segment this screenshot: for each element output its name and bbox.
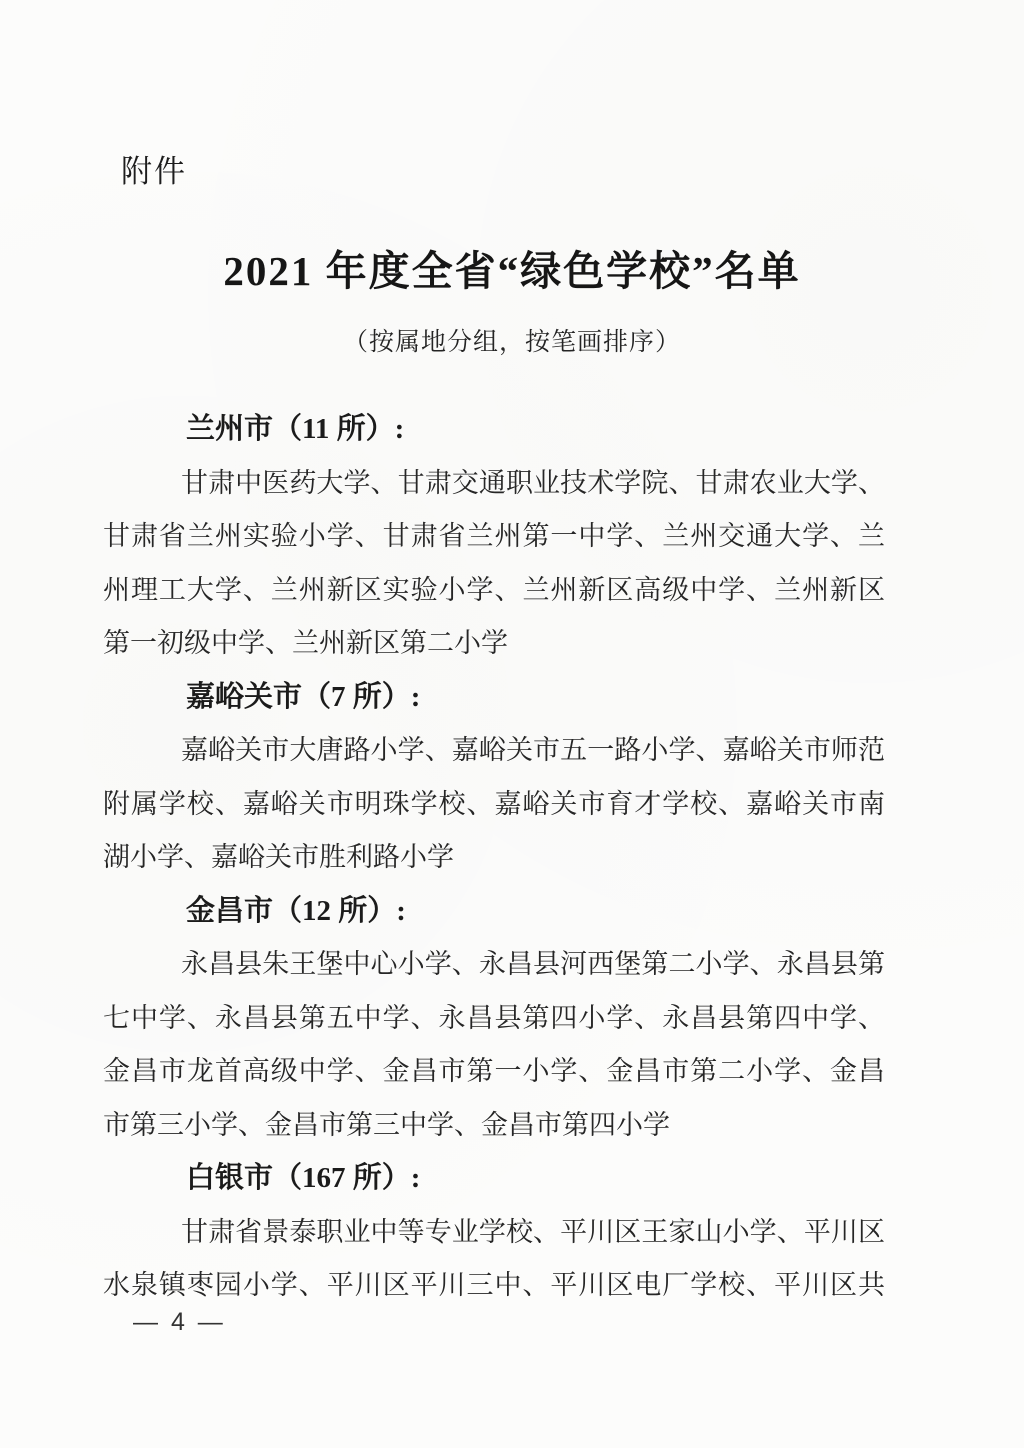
attachment-label: 附件 — [121, 146, 187, 191]
body-line: 甘肃中医药大学、甘肃交通职业技术学院、甘肃农业大学、 — [103, 457, 885, 511]
section-heading: 嘉峪关市（7 所）: — [103, 671, 885, 725]
body-line: 第一初级中学、兰州新区第二小学 — [103, 617, 885, 671]
body-line: 嘉峪关市大唐路小学、嘉峪关市五一路小学、嘉峪关市师范 — [103, 724, 885, 778]
body-line: 附属学校、嘉峪关市明珠学校、嘉峪关市育才学校、嘉峪关市南 — [103, 778, 885, 832]
section-heading: 兰州市（11 所）: — [103, 403, 885, 457]
body-line: 州理工大学、兰州新区实验小学、兰州新区高级中学、兰州新区 — [103, 564, 885, 618]
body-line: 甘肃省兰州实验小学、甘肃省兰州第一中学、兰州交通大学、兰 — [103, 510, 885, 564]
body-line: 永昌县朱王堡中心小学、永昌县河西堡第二小学、永昌县第 — [103, 938, 885, 992]
page-title: 2021 年度全省“绿色学校”名单 — [0, 238, 1024, 297]
section-heading: 白银市（167 所）: — [103, 1152, 885, 1206]
body-line: 金昌市龙首高级中学、金昌市第一小学、金昌市第二小学、金昌 — [103, 1045, 885, 1099]
body-line: 市第三小学、金昌市第三中学、金昌市第四小学 — [103, 1099, 885, 1153]
section-heading: 金昌市（12 所）: — [103, 885, 885, 939]
body-line: 七中学、永昌县第五中学、永昌县第四小学、永昌县第四中学、 — [103, 992, 885, 1046]
document-page: 附件 2021 年度全省“绿色学校”名单 （按属地分组，按笔画排序） 兰州市（1… — [0, 0, 1024, 1448]
page-number: — 4 — — [133, 1308, 226, 1337]
body-line: 甘肃省景泰职业中等专业学校、平川区王家山小学、平川区 — [103, 1206, 885, 1260]
document-body: 兰州市（11 所）:甘肃中医药大学、甘肃交通职业技术学院、甘肃农业大学、甘肃省兰… — [103, 403, 885, 1313]
body-line: 水泉镇枣园小学、平川区平川三中、平川区电厂学校、平川区共 — [103, 1259, 885, 1313]
body-line: 湖小学、嘉峪关市胜利路小学 — [103, 831, 885, 885]
page-subtitle: （按属地分组，按笔画排序） — [0, 322, 1024, 358]
